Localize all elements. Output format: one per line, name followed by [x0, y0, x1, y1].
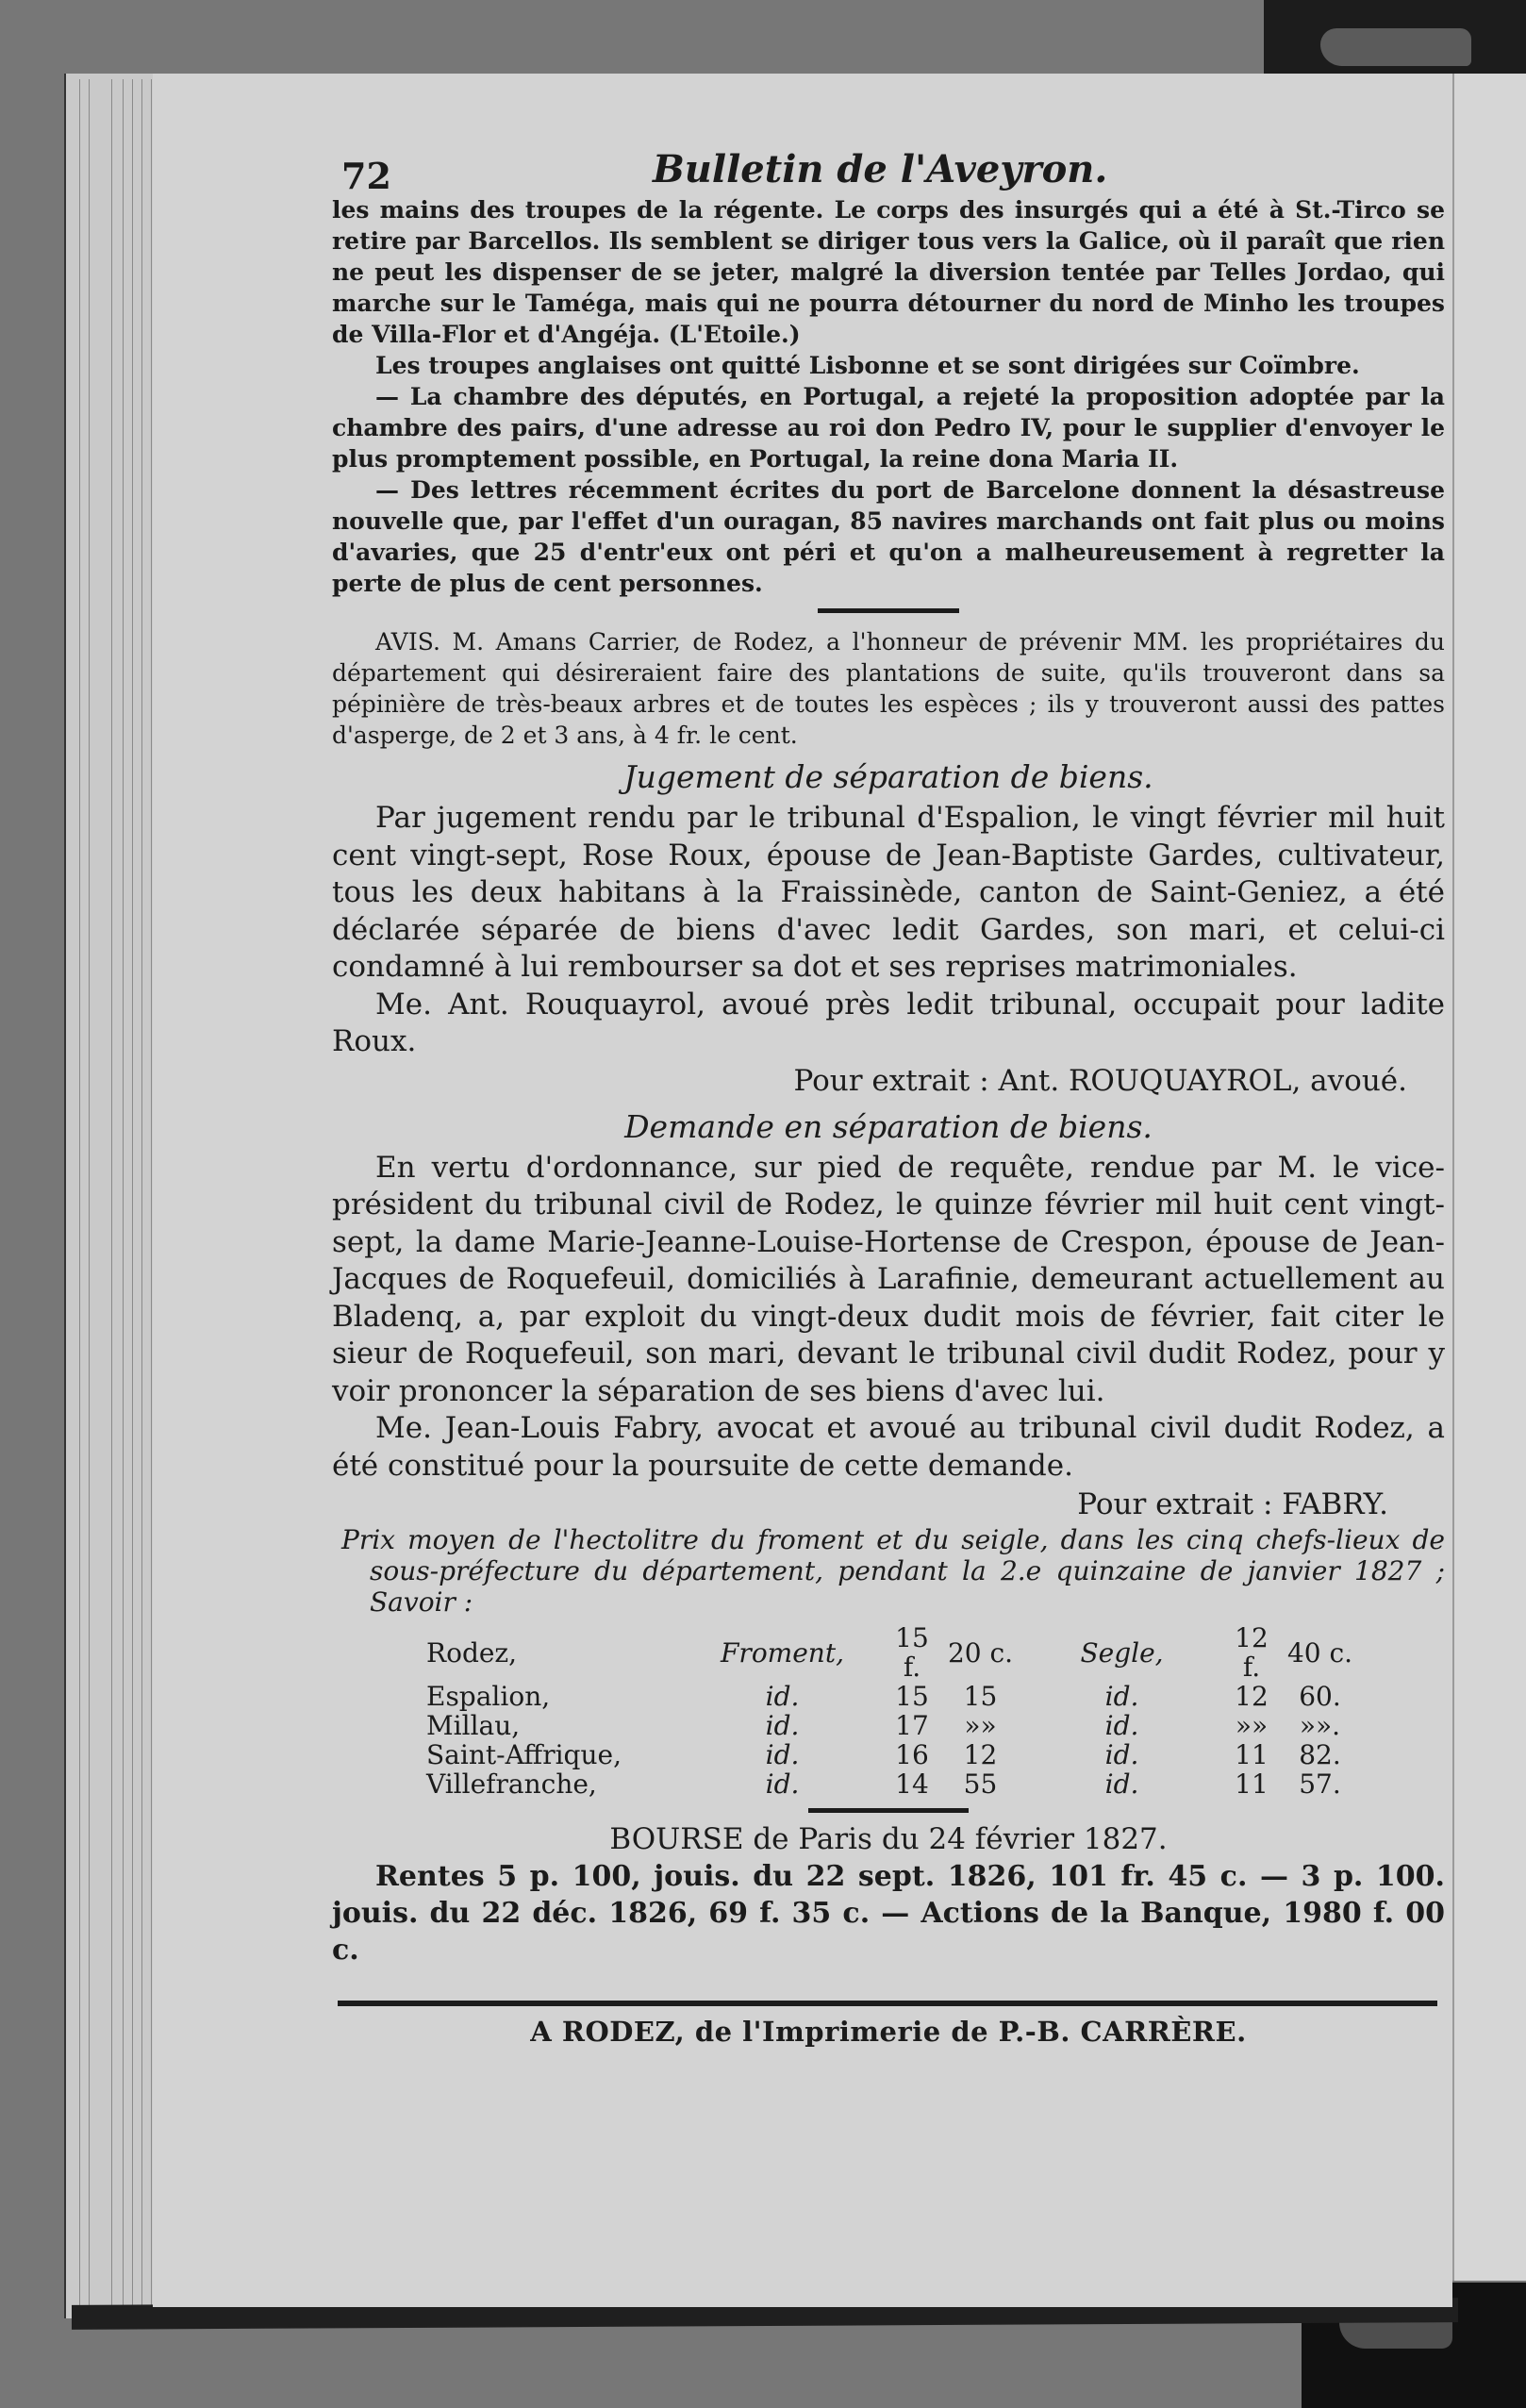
- news-paragraph: — La chambre des députés, en Portugal, a…: [332, 381, 1445, 474]
- table-row: Saint-Affrique, id. 16 12 id. 11 82.: [426, 1740, 1365, 1769]
- table-row: Espalion, id. 15 15 id. 12 60.: [426, 1682, 1365, 1711]
- page-content: 72 Bulletin de l'Aveyron. les mains des …: [332, 141, 1445, 2048]
- price-francs: 12 f.: [1228, 1623, 1285, 1682]
- grain-cell: id.: [1025, 1711, 1228, 1740]
- city-cell: Villefranche,: [426, 1769, 686, 1799]
- price-francs: 11: [1228, 1769, 1285, 1799]
- price-francs: 11: [1228, 1740, 1285, 1769]
- grain-cell: id.: [1025, 1682, 1228, 1711]
- jugement-paragraph: Me. Ant. Rouquayrol, avoué près ledit tr…: [332, 987, 1445, 1061]
- bourse-section: Rentes 5 p. 100, jouis. du 22 sept. 1826…: [332, 1858, 1445, 1968]
- prix-intro: Prix moyen de l'hectolitre du froment et…: [332, 1524, 1445, 1618]
- avis-notice: AVIS. M. Amans Carrier, de Rodez, a l'ho…: [332, 626, 1445, 751]
- price-centimes: 82.: [1285, 1740, 1365, 1769]
- demande-signature: Pour extrait : FABRY.: [332, 1485, 1445, 1524]
- city-cell: Rodez,: [426, 1623, 686, 1682]
- facing-page-edge: [1452, 74, 1526, 2281]
- price-centimes: 60.: [1285, 1682, 1365, 1711]
- news-paragraph: — Des lettres récemment écrites du port …: [332, 474, 1445, 599]
- city-cell: Saint-Affrique,: [426, 1740, 686, 1769]
- grain-cell: Segle,: [1025, 1623, 1228, 1682]
- price-centimes: 57.: [1285, 1769, 1365, 1799]
- binding-fray: [1320, 28, 1471, 66]
- prix-section: Prix moyen de l'hectolitre du froment et…: [332, 1524, 1445, 1799]
- jugement-section: Par jugement rendu par le tribunal d'Esp…: [332, 800, 1445, 1061]
- avis-text: AVIS. M. Amans Carrier, de Rodez, a l'ho…: [332, 626, 1445, 751]
- grain-price-table: Rodez, Froment, 15 f. 20 c. Segle, 12 f.…: [426, 1623, 1365, 1799]
- demande-section: En vertu d'ordonnance, sur pied de requê…: [332, 1150, 1445, 1486]
- running-title: Bulletin de l'Aveyron.: [653, 147, 1107, 191]
- demande-paragraph: Me. Jean-Louis Fabry, avocat et avoué au…: [332, 1410, 1445, 1485]
- stacked-page-edges: [64, 74, 160, 2318]
- price-francs: 17: [888, 1711, 945, 1740]
- news-section: les mains des troupes de la régente. Le …: [332, 194, 1445, 599]
- demande-title: Demande en séparation de biens.: [332, 1108, 1445, 1146]
- price-francs: 12: [1228, 1682, 1285, 1711]
- grain-cell: Froment,: [686, 1623, 888, 1682]
- book-binding-top: [1264, 0, 1526, 74]
- price-francs: 14: [888, 1769, 945, 1799]
- section-divider: [808, 1808, 969, 1813]
- grain-cell: id.: [686, 1711, 888, 1740]
- price-centimes: »».: [1285, 1711, 1365, 1740]
- price-francs: »»: [1228, 1711, 1285, 1740]
- grain-cell: id.: [1025, 1740, 1228, 1769]
- news-paragraph: Les troupes anglaises ont quitté Lisbonn…: [332, 350, 1445, 381]
- footer-rule: [338, 2001, 1437, 2006]
- price-centimes: 12: [945, 1740, 1025, 1769]
- section-divider: [818, 608, 959, 613]
- table-row: Villefranche, id. 14 55 id. 11 57.: [426, 1769, 1365, 1799]
- grain-cell: id.: [1025, 1769, 1228, 1799]
- price-francs: 16: [888, 1740, 945, 1769]
- price-francs: 15 f.: [888, 1623, 945, 1682]
- demande-paragraph: En vertu d'ordonnance, sur pied de requê…: [332, 1150, 1445, 1411]
- news-paragraph: les mains des troupes de la régente. Le …: [332, 194, 1445, 350]
- price-centimes: 55: [945, 1769, 1025, 1799]
- table-row: Millau, id. 17 »» id. »» »».: [426, 1711, 1365, 1740]
- page-header: 72 Bulletin de l'Aveyron.: [332, 141, 1445, 194]
- bourse-text: Rentes 5 p. 100, jouis. du 22 sept. 1826…: [332, 1858, 1445, 1968]
- city-cell: Millau,: [426, 1711, 686, 1740]
- price-centimes: 15: [945, 1682, 1025, 1711]
- jugement-title: Jugement de séparation de biens.: [332, 758, 1445, 796]
- grain-cell: id.: [686, 1740, 888, 1769]
- jugement-paragraph: Par jugement rendu par le tribunal d'Esp…: [332, 800, 1445, 987]
- price-centimes: »»: [945, 1711, 1025, 1740]
- grain-cell: id.: [686, 1682, 888, 1711]
- jugement-signature: Pour extrait : Ant. ROUQUAYROL, avoué.: [332, 1061, 1445, 1101]
- price-centimes: 20 c.: [945, 1623, 1025, 1682]
- bourse-title: BOURSE de Paris du 24 février 1827.: [332, 1820, 1445, 1858]
- page-number: 72: [341, 155, 391, 197]
- table-row: Rodez, Froment, 15 f. 20 c. Segle, 12 f.…: [426, 1623, 1365, 1682]
- city-cell: Espalion,: [426, 1682, 686, 1711]
- price-centimes: 40 c.: [1285, 1623, 1365, 1682]
- printer-imprint: A RODEZ, de l'Imprimerie de P.-B. CARRÈR…: [332, 2016, 1445, 2048]
- grain-cell: id.: [686, 1769, 888, 1799]
- price-francs: 15: [888, 1682, 945, 1711]
